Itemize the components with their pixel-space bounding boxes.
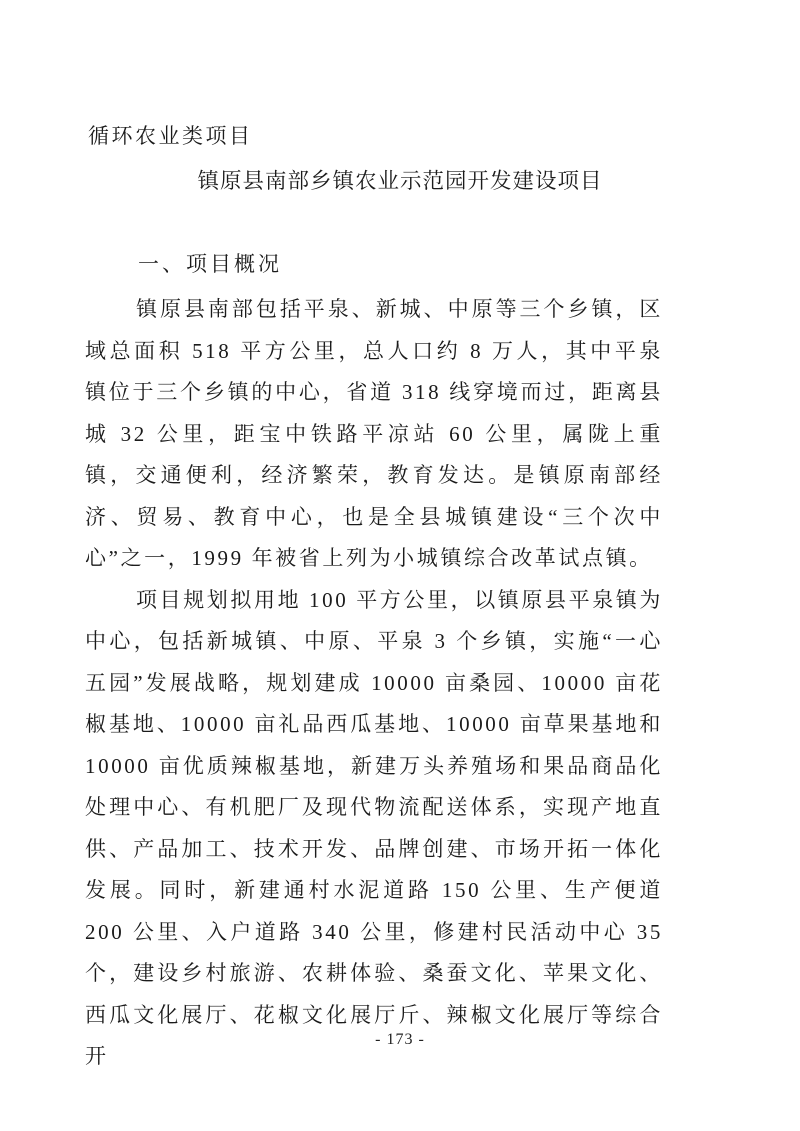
paragraph-overview-2: 项目规划拟用地 100 平方公里，以镇原县平泉镇为中心，包括新城镇、中原、平泉 … — [85, 580, 663, 1078]
paragraph-overview-1: 镇原县南部包括平泉、新城、中原等三个乡镇，区域总面积 518 平方公里，总人口约… — [85, 289, 663, 580]
document-page: 循环农业类项目 镇原县南部乡镇农业示范园开发建设项目 一、项目概况 镇原县南部包… — [0, 0, 800, 1131]
category-label: 循环农业类项目 — [88, 120, 253, 150]
section-heading: 一、项目概况 — [138, 248, 282, 278]
page-number: - 173 - — [0, 1031, 800, 1049]
document-body: 镇原县南部包括平泉、新城、中原等三个乡镇，区域总面积 518 平方公里，总人口约… — [85, 289, 663, 1078]
document-title: 镇原县南部乡镇农业示范园开发建设项目 — [0, 164, 800, 195]
